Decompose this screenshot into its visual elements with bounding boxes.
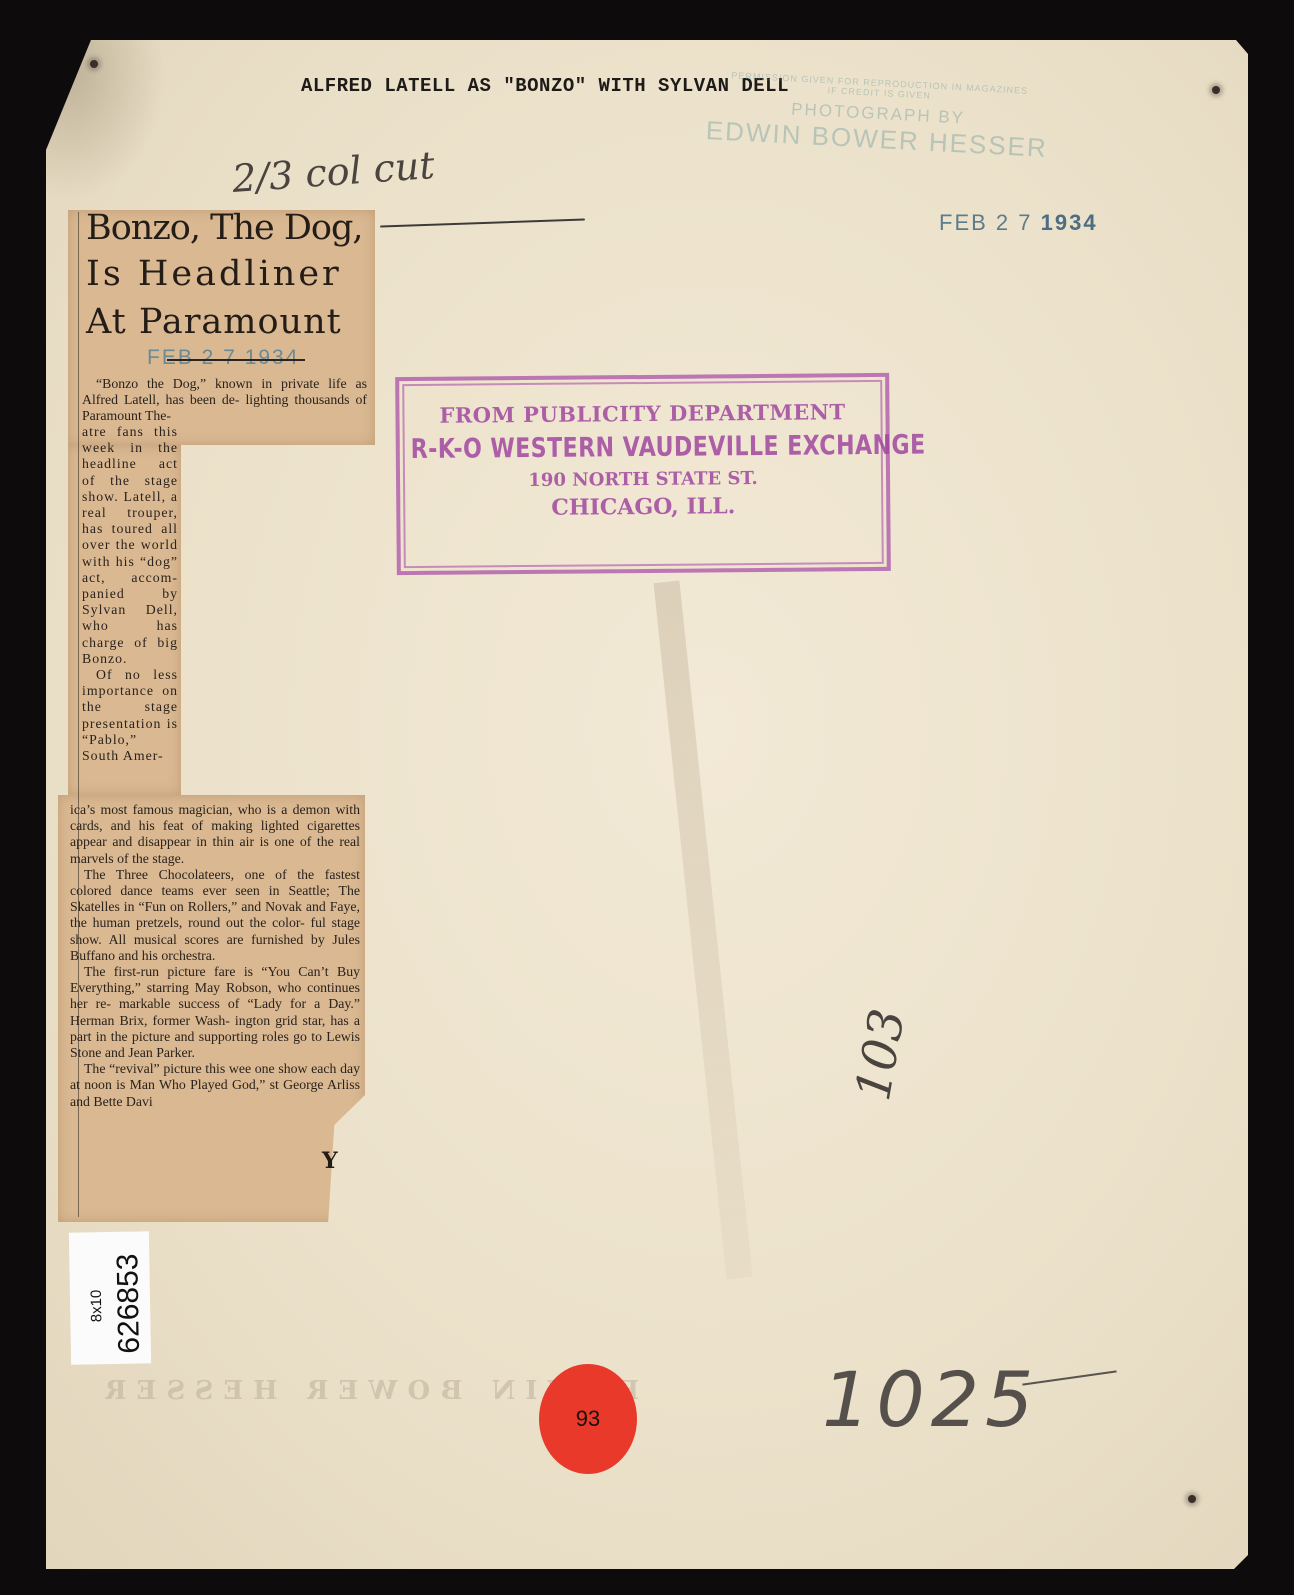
article-paragraph: The “revival” picture this wee one show … — [70, 1061, 360, 1110]
pin-hole-icon — [1188, 1495, 1196, 1503]
clipping-headline-line2: Is Headliner — [86, 254, 342, 294]
pin-hole-icon — [90, 60, 98, 68]
handwritten-number: 1025 — [822, 1355, 1039, 1444]
stamp-line-address: 190 NORTH STATE ST. — [400, 467, 886, 492]
article-paragraph: atre fans this week in the headline act … — [82, 424, 178, 667]
stamp-line-department: FROM PUBLICITY DEPARTMENT — [399, 399, 885, 428]
stamp-line-city: CHICAGO, ILL. — [400, 492, 886, 522]
edge-stain — [46, 40, 166, 200]
sticker-number: 93 — [576, 1406, 600, 1432]
torn-fragment: Y — [322, 1148, 338, 1174]
clipping-headline-line1: Bonzo, The Dog, — [86, 208, 362, 248]
print-size: 8x10 — [88, 1290, 106, 1323]
article-narrow-column: atre fans this week in the headline act … — [82, 424, 178, 764]
publicity-department-stamp: FROM PUBLICITY DEPARTMENT R-K-O WESTERN … — [395, 373, 891, 575]
clipping-date-stamp: FEB 2 7 1934 — [147, 346, 299, 370]
article-paragraph: The Three Chocolateers, one of the faste… — [70, 867, 360, 964]
article-paragraph: ica’s most famous magician, who is a dem… — [70, 802, 360, 867]
clipping-headline-line3: At Paramount — [86, 302, 342, 342]
article-intro: “Bonzo the Dog,” known in private life a… — [82, 376, 367, 425]
date-stamp: FEB 2 7 1934 — [939, 210, 1098, 236]
red-sticker: 93 — [539, 1364, 637, 1474]
pin-hole-icon — [1212, 86, 1220, 94]
date-stamp-year: 1934 — [1041, 210, 1098, 235]
article-paragraph: Of no less importance on the stage prese… — [82, 667, 178, 764]
stock-number: 626853 — [111, 1253, 147, 1354]
stamp-line-company: R-K-O WESTERN VAUDEVILLE EXCHANGE — [411, 430, 875, 465]
article-paragraph: The first-run picture fare is “You Can’t… — [70, 964, 360, 1061]
date-stamp-day: FEB 2 7 — [939, 210, 1032, 235]
article-body: ica’s most famous magician, who is a dem… — [70, 802, 360, 1110]
article-paragraph: “Bonzo the Dog,” known in private life a… — [82, 376, 367, 425]
stock-number-label: 8x10 626853 — [69, 1231, 151, 1364]
